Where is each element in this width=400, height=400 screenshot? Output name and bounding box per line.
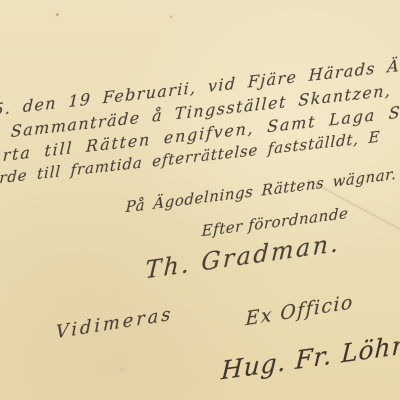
paper-speck [170,16,172,18]
ex-officio-label: Ex Officio [245,291,354,331]
signature-gradman: Th. Gradman. [145,229,342,285]
paper-speck [56,13,59,16]
handwritten-on-behalf-line: På Ägodelnings Rättens wägnar. [125,165,397,216]
vidimeras-label: Vidimeras [56,303,174,343]
document-page: 5. den 19 Februarii, vid Fjäre Härads Äg… [0,0,400,400]
signature-lohr: Hug. Fr. Löhr. [220,329,400,385]
paper-speck [120,368,125,372]
